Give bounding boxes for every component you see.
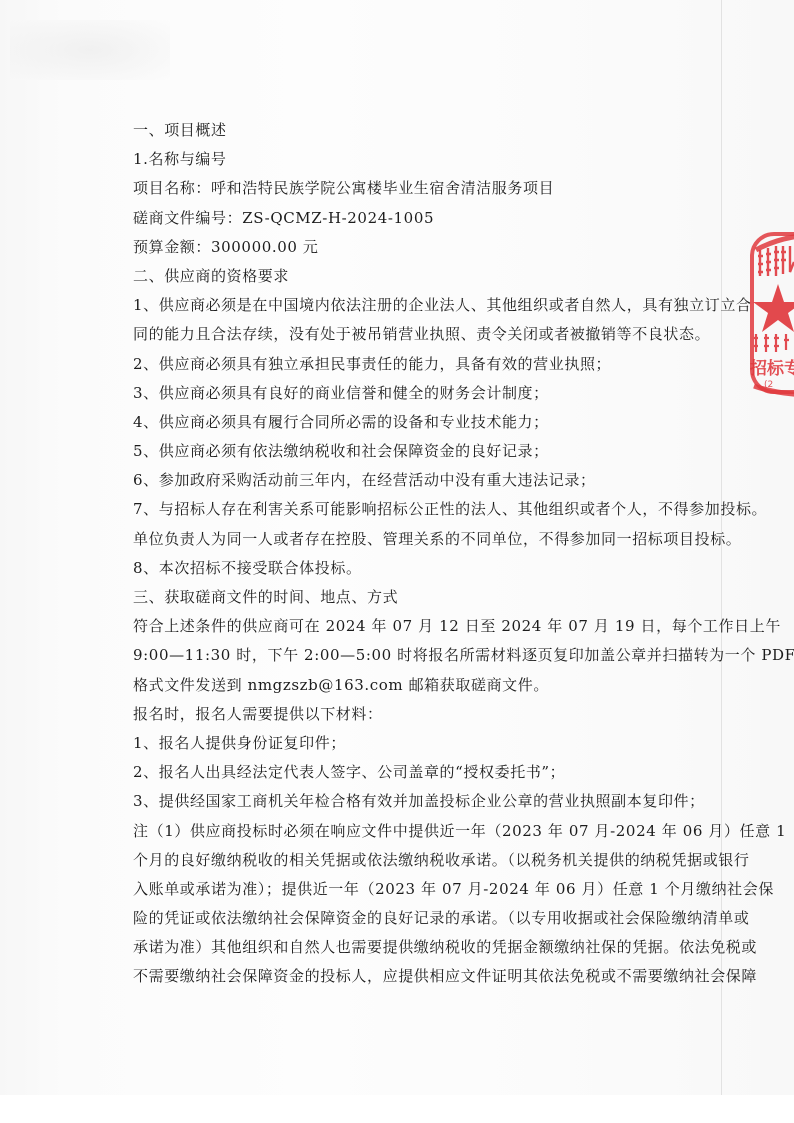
qualification-item: 6、参加政府采购活动前三年内，在经营活动中没有重大违法记录； [133,466,678,495]
document-number: 磋商文件编号：ZS-QCMZ-H-2024-1005 [133,204,678,233]
note-text-continued: 险的凭证或依法缴纳社会保障资金的良好记录的承诺。（以专用收据或社会保险缴纳清单或 [133,904,678,933]
material-item: 1、报名人提供身份证复印件； [133,729,678,758]
section-heading-overview: 一、项目概述 [133,116,678,145]
qualification-item: 4、供应商必须具有履行合同所必需的设备和专业技术能力； [133,408,678,437]
seal-icon: 招标专用 (2 [748,228,794,398]
budget-amount: 预算金额：300000.00 元 [133,233,678,262]
materials-intro: 报名时，报名人需要提供以下材料： [133,700,678,729]
qualification-item: 2、供应商必须具有独立承担民事责任的能力，具备有效的营业执照； [133,350,678,379]
obtain-period-text: 符合上述条件的供应商可在 2024 年 07 月 12 日至 2024 年 07… [133,612,678,641]
project-name: 项目名称：呼和浩特民族学院公寓楼毕业生宿舍清洁服务项目 [133,174,678,203]
scan-shadow [10,20,170,80]
note-text-continued: 入账单或承诺为准）；提供近一年（2023 年 07 月-2024 年 06 月）… [133,875,678,904]
qualification-item: 5、供应商必须有依法缴纳税收和社会保障资金的良好记录； [133,437,678,466]
material-item: 2、报名人出具经法定代表人签字、公司盖章的“授权委托书”； [133,758,678,787]
qualification-item-continued: 同的能力且合法存续，没有处于被吊销营业执照、责令关闭或者被撤销等不良状态。 [133,320,678,349]
subheading-name-number: 1.名称与编号 [133,145,678,174]
qualification-item: 3、供应商必须具有良好的商业信誉和健全的财务会计制度； [133,379,678,408]
qualification-item: 7、与招标人存在利害关系可能影响招标公正性的法人、其他组织或者个人，不得参加投标… [133,495,678,524]
obtain-hours-text: 9:00—11:30 时，下午 2:00—5:00 时将报名所需材料逐页复印加盖… [133,641,678,670]
qualification-item: 8、本次招标不接受联合体投标。 [133,554,678,583]
qualification-item: 1、供应商必须是在中国境内依法注册的企业法人、其他组织或者自然人，具有独立订立合 [133,291,678,320]
section-heading-obtain-documents: 三、获取磋商文件的时间、地点、方式 [133,583,678,612]
document-body: 一、项目概述 1.名称与编号 项目名称：呼和浩特民族学院公寓楼毕业生宿舍清洁服务… [133,116,678,992]
official-seal: 招标专用 (2 [748,228,794,398]
note-text-continued: 个月的良好缴纳税收的相关凭据或依法缴纳税收承诺。（以税务机关提供的纳税凭据或银行 [133,846,678,875]
section-heading-qualifications: 二、供应商的资格要求 [133,262,678,291]
note-text-continued: 承诺为准）其他组织和自然人也需要提供缴纳税收的凭据金额缴纳社保的凭据。依法免税或 [133,933,678,962]
obtain-email-text: 格式文件发送到 nmgzszb@163.com 邮箱获取磋商文件。 [133,671,678,700]
note-text: 注（1）供应商投标时必须在响应文件中提供近一年（2023 年 07 月-2024… [133,817,678,846]
qualification-item-continued: 单位负责人为同一人或者存在控股、管理关系的不同单位，不得参加同一招标项目投标。 [133,525,678,554]
note-text-continued: 不需要缴纳社会保障资金的投标人，应提供相应文件证明其依法免税或不需要缴纳社会保障 [133,962,678,991]
material-item: 3、提供经国家工商机关年检合格有效并加盖投标企业公章的营业执照副本复印件； [133,787,678,816]
svg-text:招标专用: 招标专用 [749,358,794,379]
